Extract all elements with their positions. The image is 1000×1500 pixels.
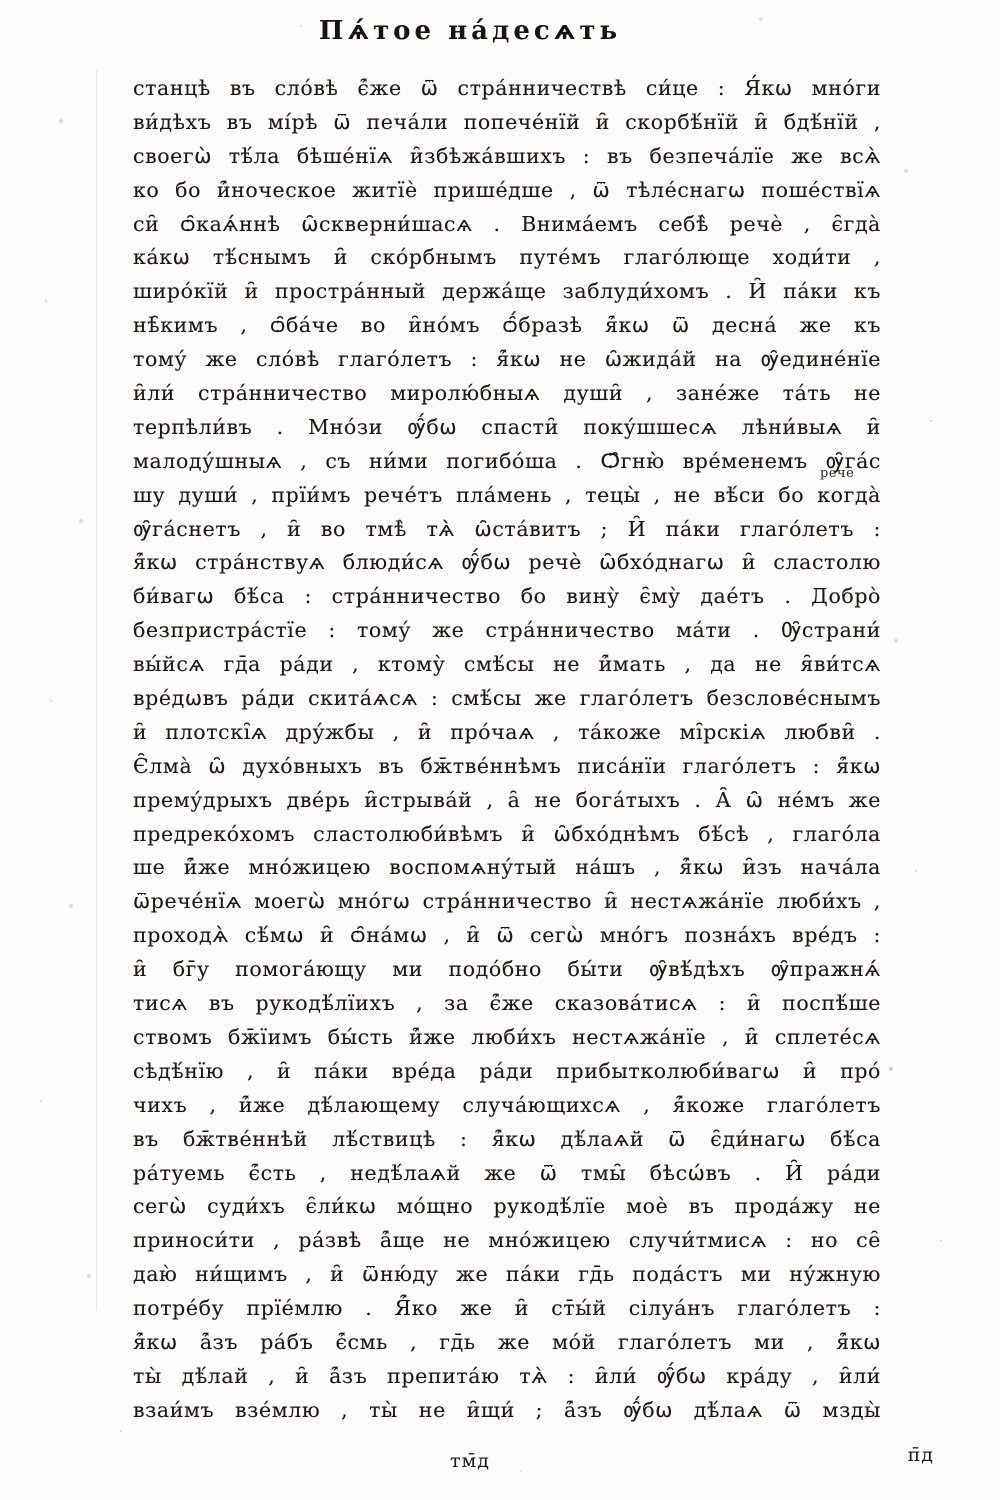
footer-quire-number: тм̄д xyxy=(0,1450,940,1472)
body-text: станцѣ въ сло́вѣ є̑́же ѿ стра́нничествѣ … xyxy=(133,72,881,1428)
text-line: и̑ли́ стра́нничество миролю́бныѧ души̑ ,… xyxy=(133,377,881,411)
text-line: малоду́шныѧ , съ ни́ми погибо́ша . Ѻ̑гню… xyxy=(133,445,881,479)
text-line: предреко́хомъ сластолюби́вѣмъ и̑ ѡ̑бхо́д… xyxy=(133,818,881,852)
text-line: ты̀ дѣ́лай , и̑ а̑́зъ препита́ю тѧ̀ : и̑… xyxy=(133,1360,881,1394)
text-line: вре́дѡвъ ра́ди скита́ѧсѧ : смѣ́сы же гла… xyxy=(133,682,881,716)
text-line: безпристра́стїе : тому́ же стра́нничеств… xyxy=(133,614,881,648)
text-line: я̑́кѡ а̑́зъ ра́бъ є̑́смь , гд̄ь же мо́й … xyxy=(133,1326,881,1360)
text-line: взаи́мъ взе́млю , ты̀ не и̑щи́ ; а̑́зъ ѹ… xyxy=(133,1394,881,1428)
text-line: би́вагѡ бѣ́са : стра́нничество бо вину̀ … xyxy=(133,580,881,614)
text-line: тому́ же сло́вѣ глаго́летъ : я̑́кѡ не ѡ̑… xyxy=(133,343,881,377)
margin-note: рече̑ xyxy=(820,466,854,481)
text-line: даю̀ ни́щимъ , и̑ ѿню́ду же па́ки гд̄ь п… xyxy=(133,1258,881,1292)
text-line: ше и̑́же мно́жицею воспомѧну́тый на́шъ ,… xyxy=(133,851,881,885)
text-line: своегѡ̀ тѣ́ла бѣше́нїѧ и̑збѣжа́вшихъ : в… xyxy=(133,140,881,174)
text-line: въ бж̄тве́ннѣй лѣ́ствицѣ : я̑́кѡ дѣ́лаѧй… xyxy=(133,1123,881,1157)
text-line: нѣ̑кимъ , ѻ̑ба́че во и̑но́мъ ѻ̑́бразѣ я̑… xyxy=(133,309,881,343)
text-line: сѣдѣ́нїю , и̑ па́ки вре́да ра́ди прибытк… xyxy=(133,1055,881,1089)
page-title: Пѧ́тое на́десѧть xyxy=(0,16,940,46)
text-line: и̑ бг̄у помога́ющу ми подо́бно бы́ти ѹ̑в… xyxy=(133,953,881,987)
text-line: чихъ , и̑́же дѣ́лающему случа́ющихсѧ , я… xyxy=(133,1089,881,1123)
text-line: приноси́ти , ра́звѣ а̑́ще не мно́жицею с… xyxy=(133,1224,881,1258)
text-line: и̑ плотскі̑ѧ дру́жбы , и̑ про́чаѧ , та́к… xyxy=(133,716,881,750)
text-line: ствомъ бж̄їимъ бы́сть и̑́же люби́хъ нест… xyxy=(133,1021,881,1055)
text-line: прему́дрыхъ две́рь и̑стрыва́й , а̑ не бо… xyxy=(133,784,881,818)
text-line: я̑́кѡ стра́нствуѧ блюди́сѧ ѹ̑́бѡ речѐ ѡ̑… xyxy=(133,546,881,580)
text-line: терпѣли́въ . Мно́зи ѹ̑́бѡ спасти̑ поку́ш… xyxy=(133,411,881,445)
text-line: си̑ ѻ̑каѧ́ннѣ ѡ̑скверни́шасѧ . Внима́емъ… xyxy=(133,208,881,242)
text-line: вы́йсѧ гд̄а ра́ди , ктому̀ смѣ́сы не и̑́… xyxy=(133,648,881,682)
text-line: ко бо и̑́ноческое житїѐ прише́дше , ѿ тѣ… xyxy=(133,174,881,208)
scanned-book-page: Пѧ́тое на́десѧть станцѣ въ сло́вѣ є̑́же … xyxy=(0,0,1000,1500)
text-line: проходѧ̀ сѣ́мѡ и̑ ѻ̑на́мѡ , и̑ ѿ сегѡ̀ м… xyxy=(133,919,881,953)
scan-noise-speckles xyxy=(0,0,2,2)
text-line: ви́дѣхъ въ мі́рѣ ѿ печа́ли попече́нїй и̑… xyxy=(133,106,881,140)
text-line: станцѣ въ сло́вѣ є̑́же ѿ стра́нничествѣ … xyxy=(133,72,881,106)
scan-edge-artifact xyxy=(96,70,97,1310)
text-line: тисѧ въ рукодѣ́лїихъ , за є̑́же сказова́… xyxy=(133,987,881,1021)
footer-page-number: п̄д xyxy=(908,1444,934,1466)
text-line: ѿрече́нїѧ моегѡ̀ мно́гѡ стра́нничество и… xyxy=(133,885,881,919)
text-line: ра́туемь є̑́сть , недѣ́лаѧй же ѿ тмы̑ бѣ… xyxy=(133,1157,881,1191)
text-line: ѹ̑га́снетъ , и̑ во тмѣ̀ тѧ̀ ѡ̑ста́витъ ;… xyxy=(133,513,881,547)
text-line: шу души́ , прїи́мъ рече́тъ пла́мень , те… xyxy=(133,479,881,513)
text-line: потре́бу прїе́млю . Я̑́ко же и̑ ст̄ы́й с… xyxy=(133,1292,881,1326)
text-line: ка́кѡ тѣ́снымъ и̑ ско́рбнымъ путе́мъ гла… xyxy=(133,241,881,275)
text-line: широ́кїй и̑ простра́нный держа́ще заблуд… xyxy=(133,275,881,309)
text-line: сегѡ̀ суди́хъ є̑ли́кѡ мо́щно рукодѣ́лїе … xyxy=(133,1190,881,1224)
text-line: Є̑лма̀ ѡ̑ духо́вныхъ въ бж̄тве́ннѣмъ пис… xyxy=(133,750,881,784)
